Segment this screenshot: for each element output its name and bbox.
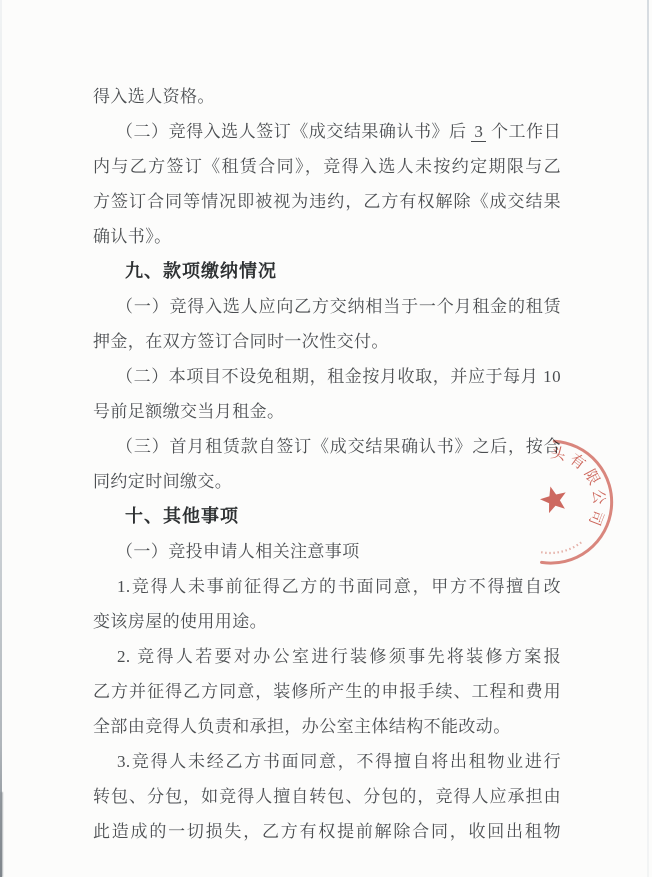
- document-line: 乙方并征得乙方同意，装修所产生的申报手续、工程和费用: [93, 674, 561, 709]
- document-line: 同约定时间缴交。: [93, 464, 561, 499]
- document-line: 转包、分包，如竞得人擅自转包、分包的，竞得人应承担由: [93, 779, 561, 814]
- document-line: （一）竞得入选人应向乙方交纳相当于一个月租金的租赁: [93, 289, 561, 324]
- document-line: 号前足额缴交当月租金。: [93, 394, 561, 429]
- document-line: （二）竞得入选人签订《成交结果确认书》后 3 个工作日: [93, 114, 561, 149]
- text-segment: （二）竞得入选人签订《成交结果确认书》后: [116, 122, 471, 141]
- scan-edge-right: [647, 0, 649, 877]
- text-segment: 个工作日: [486, 122, 561, 141]
- document-line: （三）首月租赁款自签订《成交结果确认书》之后，按合: [93, 429, 561, 464]
- section-heading: 九、款项缴纳情况: [93, 254, 561, 289]
- document-line: 3.竞得人未经乙方书面同意，不得擅自将出租物业进行: [93, 744, 561, 779]
- section-heading: 十、其他事项: [93, 499, 561, 534]
- scan-edge-left: [0, 0, 2, 877]
- document-line: 2. 竞得人若要对办公室进行装修须事先将装修方案报: [93, 639, 561, 674]
- document-line: 此造成的一切损失，乙方有权提前解除合同，收回出租物业。: [93, 814, 561, 849]
- document-body: 得入选人资格。（二）竞得入选人签订《成交结果确认书》后 3 个工作日内与乙方签订…: [93, 79, 561, 849]
- document-line: 押金，在双方签订合同时一次性交付。: [93, 324, 561, 359]
- document-line: 得入选人资格。: [93, 79, 561, 114]
- document-line: 1.竞得人未事前征得乙方的书面同意，甲方不得擅自改: [93, 569, 561, 604]
- document-line: 变该房屋的使用用途。: [93, 604, 561, 639]
- document-line: 确认书》。: [93, 219, 561, 254]
- document-line: 内与乙方签订《租赁合同》，竞得入选人未按约定期限与乙: [93, 149, 561, 184]
- document-line: （一）竞投申请人相关注意事项: [93, 534, 561, 569]
- document-line: 全部由竞得人负责和承担，办公室主体结构不能改动。: [93, 709, 561, 744]
- document-line: （二）本项目不设免租期，租金按月收取，并应于每月 10: [93, 359, 561, 394]
- scan-shadow-bottom-left: [0, 792, 3, 877]
- document-line: 方签订合同等情况即被视为违约，乙方有权解除《成交结果: [93, 184, 561, 219]
- underlined-value: 3: [471, 122, 486, 142]
